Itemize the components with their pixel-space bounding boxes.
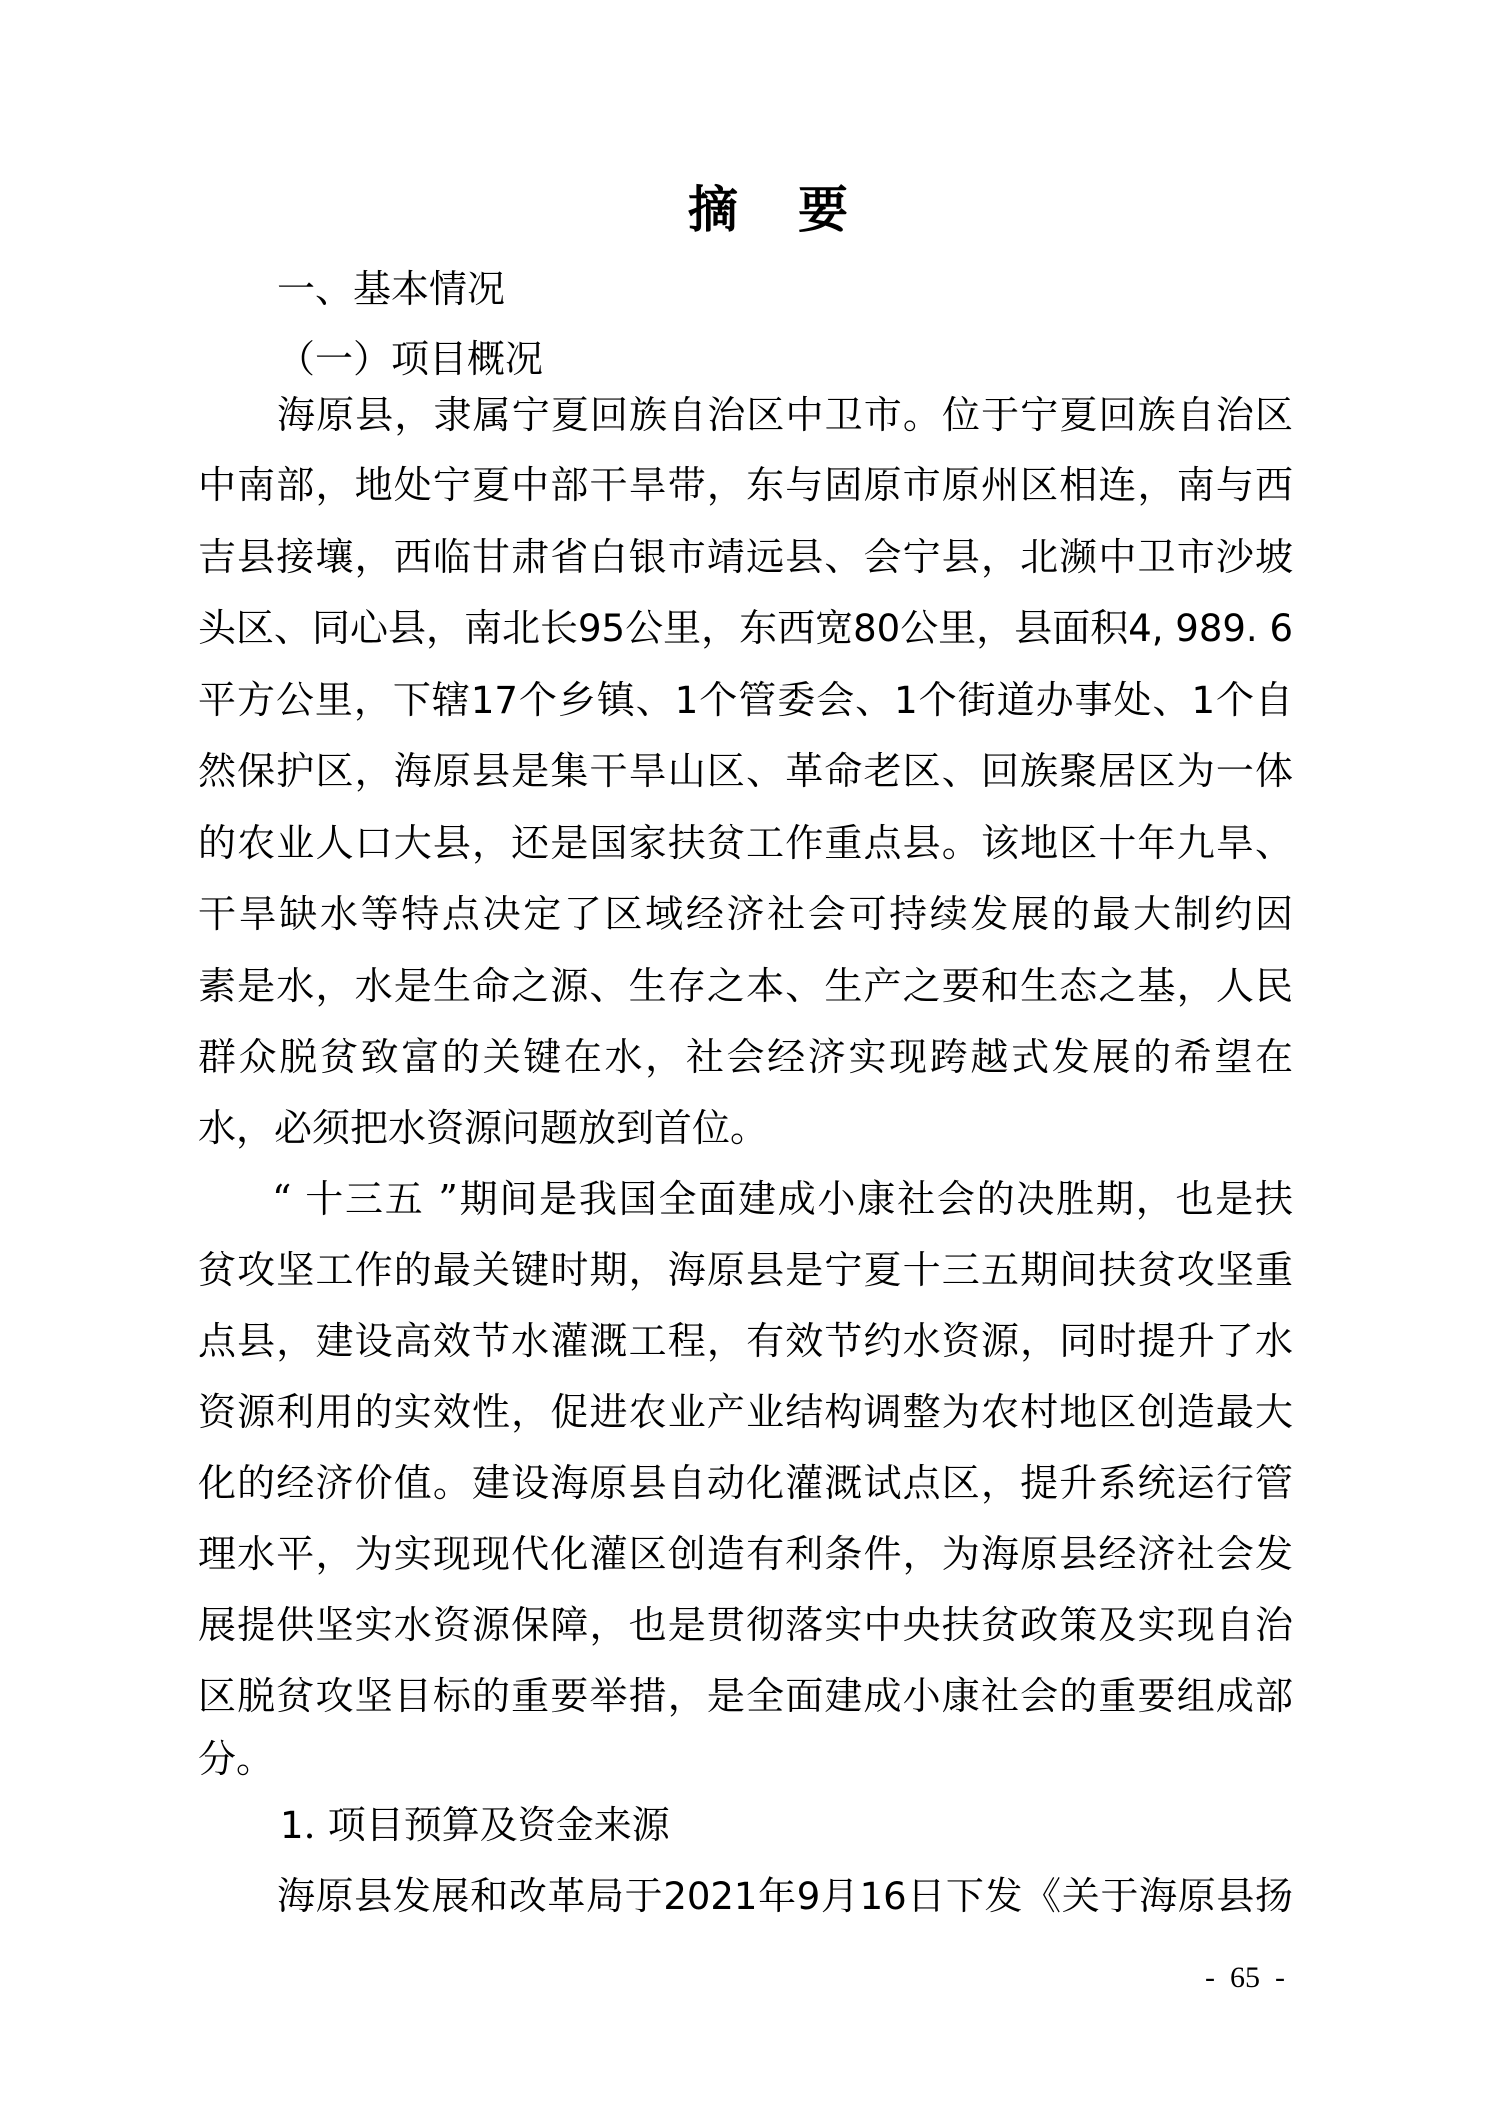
paragraph-line: 平方公里，下辖17个乡镇、1个管委会、1个街道办事处、1个自 [198,677,1293,723]
paragraph-line: 展提供坚实水资源保障，也是贯彻落实中央扶贫政策及实现自治 [198,1602,1293,1648]
paragraph-line: 头区、同心县，南北长95公里，东西宽80公里，县面积4, 989. 6 [198,605,1293,651]
paragraph-line: 理水平，为实现现代化灌区创造有利条件，为海原县经济社会发 [198,1531,1293,1577]
paragraph-line: 然保护区，海原县是集干旱山区、革命老区、回族聚居区为一体 [198,748,1293,794]
numeric-value: 1 [1191,679,1215,722]
numeric-value: 2021 [663,1875,757,1918]
section-heading: 一、基本情况 [277,266,505,312]
paragraph-line: 吉县接壤，西临甘肃省白银市靖远县、会宁县，北濒中卫市沙坡 [198,534,1293,580]
paragraph-line: 干旱缺水等特点决定了区域经济社会可持续发展的最大制约因 [198,891,1293,937]
paragraph-line: 分。 [198,1736,1293,1782]
paragraph-line: 海原县，隶属宁夏回族自治区中卫市。位于宁夏回族自治区 [277,392,1293,438]
document-page: 摘要 一、基本情况 （一）项目概况 海原县，隶属宁夏回族自治区中卫市。位于宁夏回… [0,0,1488,2104]
paragraph-line: 区脱贫攻坚目标的重要举措，是全面建成小康社会的重要组成部 [198,1673,1293,1719]
numeric-value: 1 [675,679,699,722]
numeric-value: 17 [471,679,518,722]
paragraph-line: 海原县发展和改革局于2021年9月16日下发《关于海原县扬 [277,1873,1293,1919]
paragraph-line: “ 十三五 ”期间是我国全面建成小康社会的决胜期，也是扶 [272,1176,1293,1222]
paragraph-line: 资源利用的实效性，促进农业产业结构调整为农村地区创造最大 [198,1389,1293,1435]
item-heading: 1. 项目预算及资金来源 [280,1802,670,1849]
page-number: - 65 - [1188,1960,1302,1996]
paragraph-line: 的农业人口大县，还是国家扶贫工作重点县。该地区十年九旱、 [198,820,1293,866]
numeric-value: 4, 989. 6 [1128,607,1293,650]
numeric-value: 1 [280,1804,304,1847]
paragraph-line: 贫攻坚工作的最关键时期，海原县是宁夏十三五期间扶贫攻坚重 [198,1247,1293,1293]
paragraph-line: 群众脱贫致富的关键在水，社会经济实现跨越式发展的希望在 [198,1034,1293,1080]
page-title: 摘要 [0,180,1488,240]
paragraph-line: 水，必须把水资源问题放到首位。 [198,1105,1293,1151]
paragraph-line: 化的经济价值。建设海原县自动化灌溉试点区，提升系统运行管 [198,1460,1293,1506]
numeric-value: 9 [797,1875,821,1918]
numeric-value: 1 [894,679,918,722]
numeric-value: 95 [578,607,625,650]
paragraph-line: 素是水，水是生命之源、生存之本、生产之要和生态之基，人民 [198,963,1293,1009]
paragraph-line: 中南部，地处宁夏中部干旱带，东与固原市原州区相连，南与西 [198,462,1293,508]
paragraph-line: 点县，建设高效节水灌溉工程，有效节约水资源，同时提升了水 [198,1318,1293,1364]
numeric-value: 16 [860,1875,907,1918]
numeric-value: 80 [853,607,900,650]
subsection-heading: （一）项目概况 [277,336,543,382]
